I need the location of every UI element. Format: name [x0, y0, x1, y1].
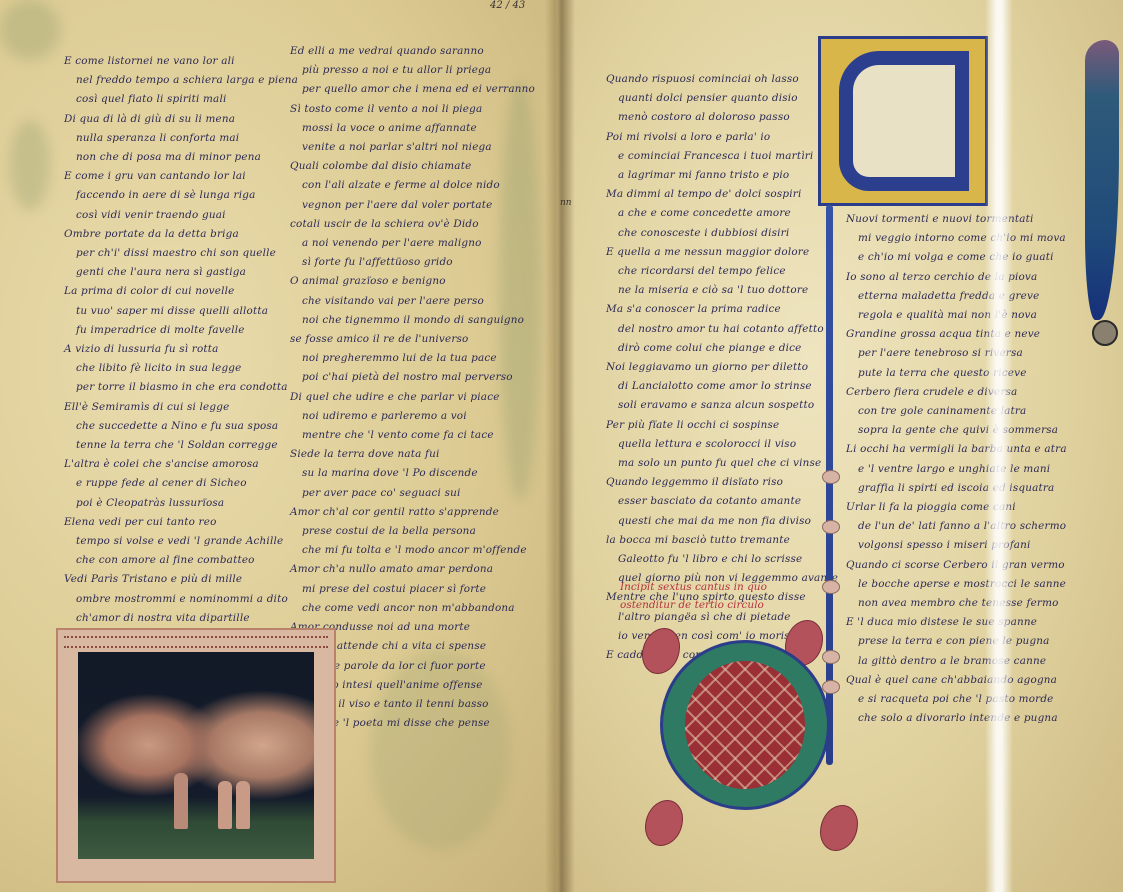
verse-line: non che di posa ma di minor pena — [64, 148, 284, 167]
verse-line: quanti dolci pensier quanto disio — [606, 89, 821, 108]
verse-line: genti che l'aura nera sì gastiga — [64, 263, 284, 282]
initial-letter-shape — [839, 51, 969, 191]
decorative-roundel — [660, 640, 830, 810]
stem-bead — [822, 520, 840, 534]
verse-line: con tre gole caninamente latra — [846, 402, 1066, 421]
verse-line: tenne la terra che 'l Soldan corregge — [64, 436, 284, 455]
interlace-pattern — [685, 661, 805, 789]
miniature-border — [64, 636, 328, 648]
verse-line: E come listornei ne vano lor ali — [64, 52, 284, 71]
verse-line: la bocca mi basciò tutto tremante — [606, 531, 821, 550]
verse-line: che con amore al fine combatteo — [64, 551, 284, 570]
verse-line: Urlar li fa la pioggia come cani — [846, 498, 1066, 517]
verse-line: ne la miseria e ciò sa 'l tuo dottore — [606, 281, 821, 300]
verse-line: regola e qualità mai non l'è nova — [846, 306, 1066, 325]
verse-line: Elena vedi per cui tanto reo — [64, 513, 284, 532]
book-gutter — [545, 0, 575, 892]
verse-line: e cominciai Francesca i tuoi martìri — [606, 147, 821, 166]
verse-line: Sì tosto come il vento a noi li piega — [290, 100, 520, 119]
verse-line: che mi fu tolta e 'l modo ancor m'offend… — [290, 541, 520, 560]
verse-line: del nostro amor tu hai cotanto affetto — [606, 320, 821, 339]
right-column-b: Nuovi tormenti e nuovi tormentatimi vegg… — [846, 210, 1066, 728]
verse-line: nel freddo tempo a schiera larga e piena — [64, 71, 284, 90]
verse-line: de l'un de' lati fanno a l'altro schermo — [846, 517, 1066, 536]
verse-line: Di quel che udire e che parlar vi piace — [290, 388, 520, 407]
verse-line: Ma dimmi al tempo de' dolci sospiri — [606, 185, 821, 204]
verse-line: vegnon per l'aere dal voler portate — [290, 196, 520, 215]
verse-line: La prima di color di cui novelle — [64, 282, 284, 301]
stem-bead — [822, 580, 840, 594]
miniature-illustration — [56, 628, 336, 883]
verse-line: ombre mostrommi e nominommi a dito — [64, 590, 284, 609]
verse-line: la gittò dentro a le bramose canne — [846, 652, 1066, 671]
verse-line: Poi mi rivolsi a loro e parla' io — [606, 128, 821, 147]
verse-line: Quando leggemmo il disïato riso — [606, 473, 821, 492]
verse-line: O animal grazïoso e benigno — [290, 272, 520, 291]
verse-line: tempo si volse e vedi 'l grande Achille — [64, 532, 284, 551]
manuscript-spread: 42 / 43 nn E come listornei ne vano lor … — [0, 0, 1123, 892]
stem-bead — [822, 680, 840, 694]
verse-line: che solo a divorarlo intende e pugna — [846, 709, 1066, 728]
miniature-scene — [78, 652, 314, 859]
verse-line: Io sono al terzo cerchio de la piova — [846, 268, 1066, 287]
verse-line: per ch'i' dissi maestro chi son quelle — [64, 244, 284, 263]
verse-line: soli eravamo e sanza alcun sospetto — [606, 396, 821, 415]
verse-line: Noi leggiavamo un giorno per diletto — [606, 358, 821, 377]
verse-line: menò costoro al doloroso passo — [606, 108, 821, 127]
verse-line: e ch'io mi volga e come che io guati — [846, 248, 1066, 267]
verse-line: mentre che 'l vento come fa ci tace — [290, 426, 520, 445]
figure-paolo — [236, 781, 250, 829]
verse-line: che visitando vai per l'aere perso — [290, 292, 520, 311]
verse-line: mossi la voce o anime affannate — [290, 119, 520, 138]
verse-line: E 'l duca mio distese le sue spanne — [846, 613, 1066, 632]
rubric-line: ostenditur de tertio circulo — [620, 596, 767, 614]
verse-line: etterna maladetta fredda e greve — [846, 287, 1066, 306]
verse-line: poi c'hai pietà del nostro mal perverso — [290, 368, 520, 387]
verse-line: quella lettura e scolorocci il viso — [606, 435, 821, 454]
verse-line: Ell'è Semiramìs di cui si legge — [64, 398, 284, 417]
stem-bead — [822, 470, 840, 484]
verse-line: Siede la terra dove nata fui — [290, 445, 520, 464]
verse-line: noi pregheremmo lui de la tua pace — [290, 349, 520, 368]
verse-line: Vedi Parìs Tristano e più di mille — [64, 570, 284, 589]
verse-line: così quel fiato li spiriti mali — [64, 90, 284, 109]
verse-line: così vidi venir traendo guai — [64, 206, 284, 225]
verse-line: cotali uscir de la schiera ov'è Dido — [290, 215, 520, 234]
verse-line: per l'aere tenebroso si riversa — [846, 344, 1066, 363]
verse-line: volgonsi spesso i miseri profani — [846, 536, 1066, 555]
verse-line: non avea membro che tenesse fermo — [846, 594, 1066, 613]
verse-line: a lagrimar mi fanno tristo e pio — [606, 166, 821, 185]
verse-line: Qual è quel cane ch'abbaiando agogna — [846, 671, 1066, 690]
right-column-a: Quando rispuosi cominciai oh lassoquanti… — [606, 70, 821, 665]
verse-line: mi veggio intorno come ch'io mi mova — [846, 229, 1066, 248]
verse-line: a che e come concedette amore — [606, 204, 821, 223]
figure-francesca — [218, 781, 232, 829]
verse-line: Per più fïate li occhi ci sospinse — [606, 416, 821, 435]
verse-line: prese la terra e con piene le pugna — [846, 632, 1066, 651]
figure-virgil — [174, 773, 188, 829]
foliation: 42 / 43 — [490, 0, 525, 11]
verse-line: che conosceste i dubbiosi disiri — [606, 224, 821, 243]
verse-line: e ruppe fede al cener di Sicheo — [64, 474, 284, 493]
verse-line: che succedette a Nino e fu sua sposa — [64, 417, 284, 436]
verse-line: Amor ch'a nullo amato amar perdona — [290, 560, 520, 579]
flourish-terminal — [1092, 320, 1118, 346]
verse-line: mi prese del costui piacer sì forte — [290, 580, 520, 599]
verse-line: Amor ch'al cor gentil ratto s'apprende — [290, 503, 520, 522]
rubric-line: Incipit sextus cantus in quo — [620, 578, 767, 596]
verse-line: e 'l ventre largo e unghiate le mani — [846, 460, 1066, 479]
verse-line: questi che mai da me non fia diviso — [606, 512, 821, 531]
verse-line: venite a noi parlar s'altri nol niega — [290, 138, 520, 157]
verse-line: che libito fè licito in sua legge — [64, 359, 284, 378]
verse-line: per torre il biasmo in che era condotta — [64, 378, 284, 397]
verse-line: più presso a noi e tu allor li priega — [290, 61, 520, 80]
verse-line: Ed elli a me vedrai quando saranno — [290, 42, 520, 61]
verse-line: tu vuo' saper mi disse quelli allotta — [64, 302, 284, 321]
verse-line: con l'ali alzate e ferme al dolce nido — [290, 176, 520, 195]
verse-line: e si racqueta poi che 'l pasto morde — [846, 690, 1066, 709]
verse-line: esser basciato da cotanto amante — [606, 492, 821, 511]
verse-line: Di qua di là di giù di su li mena — [64, 110, 284, 129]
verse-line: ma solo un punto fu quel che ci vinse — [606, 454, 821, 473]
verse-line: Nuovi tormenti e nuovi tormentati — [846, 210, 1066, 229]
verse-line: sopra la gente che quivi è sommersa — [846, 421, 1066, 440]
verse-line: Quando ci scorse Cerbero il gran vermo — [846, 556, 1066, 575]
verse-line: che come vedi ancor non m'abbandona — [290, 599, 520, 618]
verse-line: poi è Cleopatràs lussurïosa — [64, 494, 284, 513]
light-glare — [985, 0, 1013, 892]
verse-line: se fosse amico il re de l'universo — [290, 330, 520, 349]
verse-line: Ombre portate da la detta briga — [64, 225, 284, 244]
verse-line: di Lancialotto come amor lo strinse — [606, 377, 821, 396]
verse-line: graffia li spirti ed iscoia ed isquatra — [846, 479, 1066, 498]
verse-line: noi che tignemmo il mondo di sanguigno — [290, 311, 520, 330]
verse-line: per aver pace co' seguaci sui — [290, 484, 520, 503]
rubric: Incipit sextus cantus in quo ostenditur … — [620, 578, 767, 614]
verse-line: dirò come colui che piange e dice — [606, 339, 821, 358]
verse-line: E quella a me nessun maggior dolore — [606, 243, 821, 262]
verse-line: le bocche aperse e mostrocci le sanne — [846, 575, 1066, 594]
verse-line: pute la terra che questo riceve — [846, 364, 1066, 383]
verse-line: sì forte fu l'affettüoso grido — [290, 253, 520, 272]
verse-line: Li occhi ha vermigli la barba unta e atr… — [846, 440, 1066, 459]
verse-line: Grandine grossa acqua tinta e neve — [846, 325, 1066, 344]
verse-line: faccendo in aere di sè lunga riga — [64, 186, 284, 205]
verse-line: nulla speranza li conforta mai — [64, 129, 284, 148]
illuminated-initial — [818, 36, 988, 206]
verse-line: Quali colombe dal disio chiamate — [290, 157, 520, 176]
verse-line: ch'amor di nostra vita dipartille — [64, 609, 284, 628]
verse-line: Cerbero fiera crudele e diversa — [846, 383, 1066, 402]
verse-line: E come i gru van cantando lor lai — [64, 167, 284, 186]
verse-line: noi udiremo e parleremo a voi — [290, 407, 520, 426]
verse-line: Galeotto fu 'l libro e chi lo scrisse — [606, 550, 821, 569]
margin-note: nn — [560, 198, 572, 208]
verse-line: L'altra è colei che s'ancise amorosa — [64, 455, 284, 474]
stain — [0, 0, 60, 60]
stem-bead — [822, 650, 840, 664]
verse-line: su la marina dove 'l Po discende — [290, 464, 520, 483]
verse-line: che ricordarsi del tempo felice — [606, 262, 821, 281]
verse-line: fu imperadrice di molte favelle — [64, 321, 284, 340]
verse-line: prese costui de la bella persona — [290, 522, 520, 541]
stain — [10, 120, 50, 210]
verse-line: A vizio di lussuria fu sì rotta — [64, 340, 284, 359]
verse-line: Quando rispuosi cominciai oh lasso — [606, 70, 821, 89]
verse-line: per quello amor che i mena ed ei verrann… — [290, 80, 520, 99]
verse-line: a noi venendo per l'aere maligno — [290, 234, 520, 253]
verse-line: Ma s'a conoscer la prima radice — [606, 300, 821, 319]
